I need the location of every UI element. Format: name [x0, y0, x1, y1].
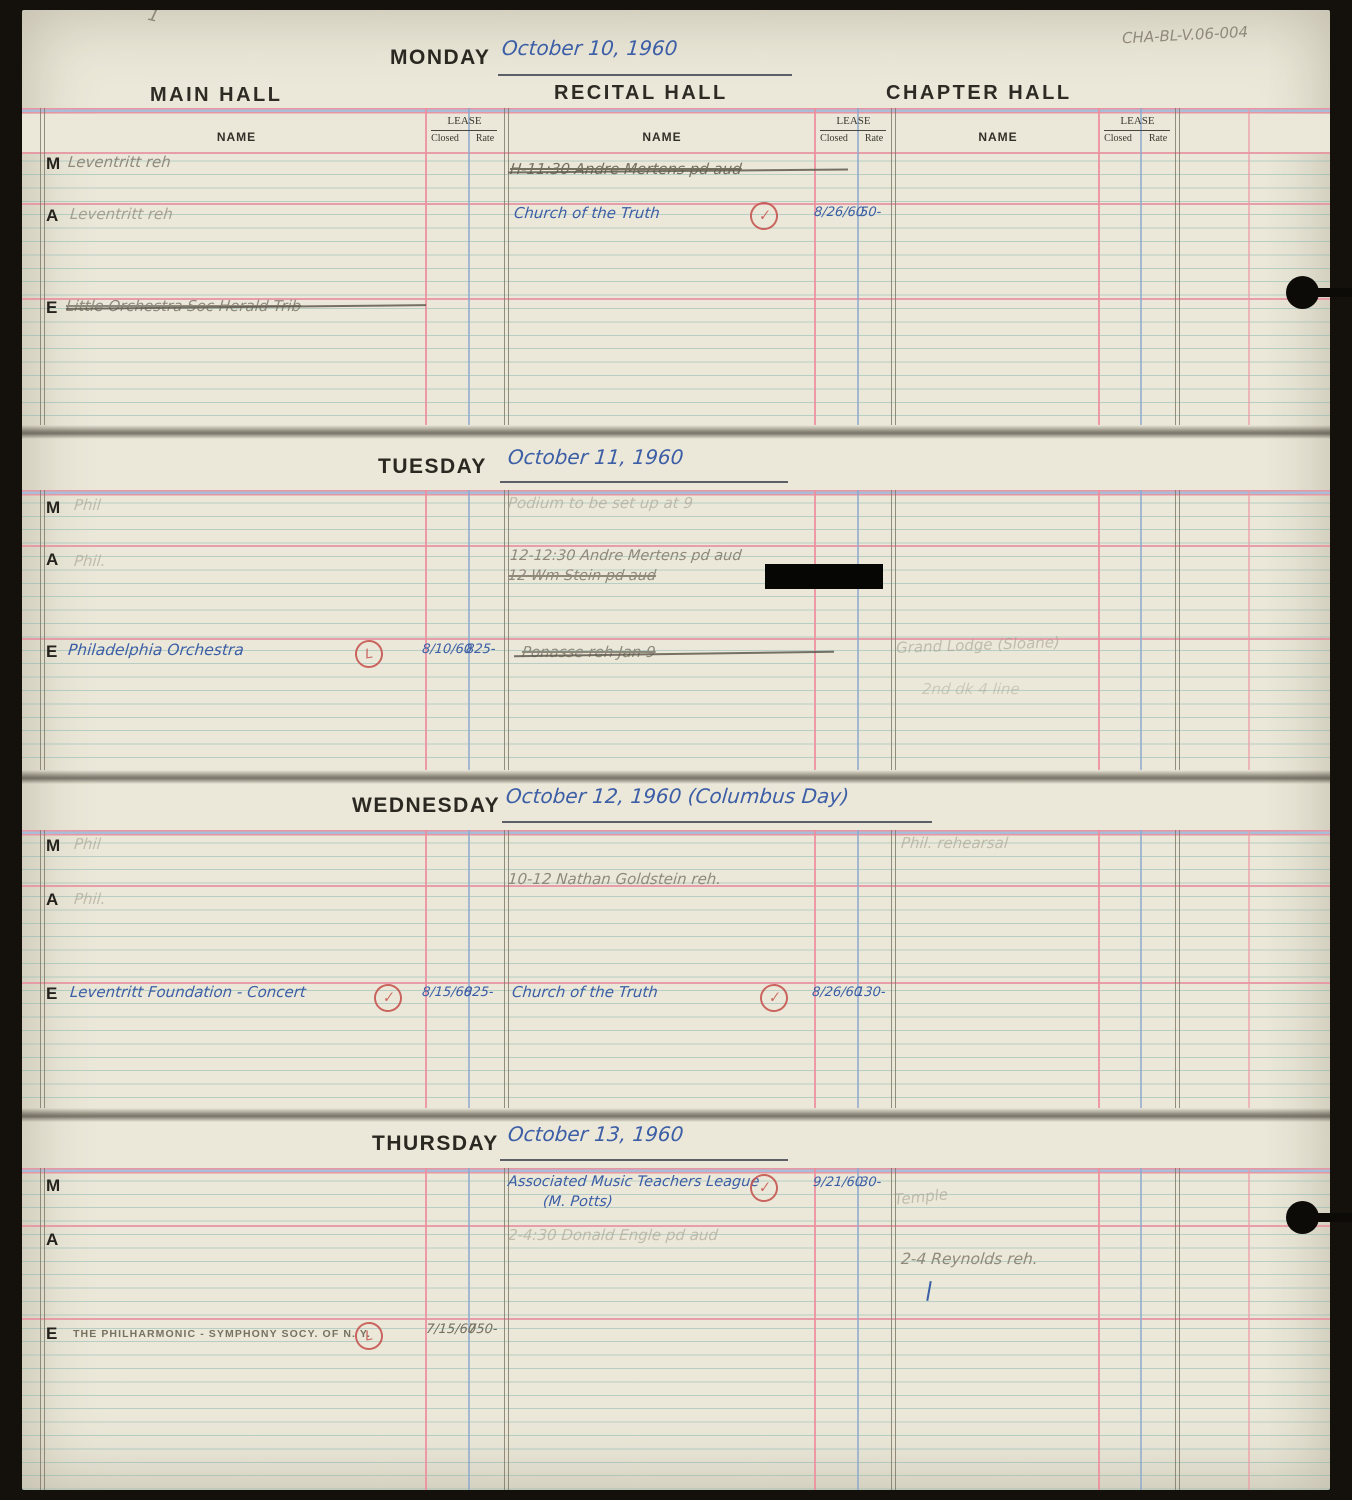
date-monday: October 10, 1960	[501, 36, 679, 60]
row-label-afternoon: A	[46, 550, 58, 570]
entry-chapter-morning: Phil. rehearsal	[900, 834, 1009, 852]
entry-chapter-morning: Temple	[893, 1185, 949, 1209]
grid-vline	[1175, 830, 1176, 1108]
section-border	[22, 108, 1330, 114]
entry-recital-evening-struck: Ponasse reh Jan 9	[521, 643, 656, 661]
entry-main-morning: Leventritt reh	[67, 153, 171, 171]
lease-rate-value: 825-	[463, 985, 494, 1000]
hall-title-recital: RECITAL HALL	[554, 82, 728, 105]
grid-vline	[1248, 108, 1250, 425]
grid-vline	[814, 1168, 816, 1490]
row-label-morning: M	[46, 498, 60, 518]
closed-header: Closed	[423, 133, 467, 144]
section-tuesday: M A E Phil Phil. Podium to be set up at …	[22, 490, 1330, 770]
row-label-evening: E	[46, 642, 57, 662]
entry-main-morning: Phil	[73, 496, 101, 514]
date-wednesday: October 12, 1960 (Columbus Day)	[505, 784, 850, 808]
row-label-morning: M	[46, 154, 60, 174]
entry-main-afternoon: Phil.	[73, 890, 106, 908]
grid-vline	[857, 490, 859, 770]
date-underline	[500, 481, 788, 483]
day-label-thursday: THURSDAY	[372, 1132, 499, 1156]
row-label-afternoon: A	[46, 890, 58, 910]
grid-vline	[891, 108, 892, 425]
day-label-wednesday: WEDNESDAY	[352, 794, 500, 818]
lease-rate-value: 130-	[855, 985, 886, 1000]
grid-vline	[1175, 490, 1176, 770]
grid-hline	[22, 1318, 1330, 1320]
grid-vline	[891, 490, 892, 770]
row-label-morning: M	[46, 1176, 60, 1196]
grid-vline	[468, 830, 470, 1108]
grid-vline	[40, 1168, 41, 1490]
grid-vline	[468, 108, 470, 425]
lease-header: LEASE	[1098, 115, 1177, 127]
entry-main-evening: Leventritt Foundation - Concert	[69, 983, 306, 1001]
section-gap	[22, 1108, 1330, 1122]
grid-vline	[425, 108, 427, 425]
grid-vline	[1248, 830, 1250, 1108]
row-label-evening: E	[46, 298, 57, 318]
lease-rate-value: 825-	[465, 642, 496, 657]
lease-closed-value: 9/21/60	[812, 1175, 863, 1190]
entry-chapter-evening-line1: Grand Lodge (Sloane)	[896, 633, 1060, 657]
entry-recital-morning: 10-12 Nathan Goldstein reh.	[507, 870, 722, 888]
entry-recital-afternoon: Church of the Truth	[513, 204, 660, 222]
entry-recital-afternoon-line2-struck: 12 Wm Stein pd aud	[507, 568, 656, 584]
row-label-evening: E	[46, 1324, 57, 1344]
grid-vline	[425, 490, 427, 770]
date-underline	[500, 1159, 788, 1161]
lease-header: LEASE	[425, 115, 504, 127]
section-border	[22, 830, 1330, 836]
grid-vline	[504, 108, 505, 425]
grid-vline	[1140, 490, 1142, 770]
checkmark-circle: ✓	[758, 982, 790, 1014]
lease-circle-L: L	[353, 1320, 385, 1352]
grid-vline	[40, 108, 41, 425]
lease-rate-value: 30-	[859, 1175, 882, 1190]
rate-header: Rate	[1138, 133, 1178, 144]
date-tuesday: October 11, 1960	[507, 445, 685, 469]
grid-vline	[468, 490, 470, 770]
entry-recital-afternoon: 2-4:30 Donald Engle pd aud	[507, 1226, 719, 1244]
grid-vline	[425, 830, 427, 1108]
hall-title-chapter: CHAPTER HALL	[886, 82, 1072, 105]
grid-vline	[504, 1168, 505, 1490]
section-thursday: M A E Associated Music Teachers League ✓…	[22, 1168, 1330, 1490]
grid-vline	[814, 108, 816, 425]
entry-chapter-evening-line2: 2nd dk 4 line	[921, 680, 1020, 698]
name-header-main: NAME	[48, 130, 425, 144]
hall-title-main: MAIN HALL	[150, 84, 282, 107]
grid-vline	[40, 490, 41, 770]
grid-vline	[1175, 1168, 1176, 1490]
grid-hline	[22, 152, 1330, 154]
grid-vline	[1098, 830, 1100, 1108]
grid-vline	[1098, 108, 1100, 425]
grid-vline	[814, 490, 816, 770]
catalog-number: CHA-BL-V.06-004	[1122, 23, 1249, 48]
grid-vline	[1140, 1168, 1142, 1490]
grid-vline	[40, 830, 41, 1108]
grid-vline	[1140, 108, 1142, 425]
entry-main-evening: Philadelphia Orchestra	[67, 641, 244, 659]
grid-hline	[22, 545, 1330, 547]
redaction-box	[765, 564, 883, 589]
lease-header: LEASE	[814, 115, 893, 127]
entry-recital-morning: Podium to be set up at 9	[507, 494, 694, 512]
closed-header: Closed	[812, 133, 856, 144]
row-label-evening: E	[46, 984, 57, 1004]
ledger-paper: 1 CHA-BL-V.06-004 MONDAY October 10, 196…	[22, 10, 1330, 1490]
grid-hline	[22, 203, 1330, 205]
grid-vline	[1098, 490, 1100, 770]
grid-vline	[857, 108, 859, 425]
lease-circle-L: L	[353, 638, 385, 670]
closed-header: Closed	[1096, 133, 1140, 144]
checkmark-circle: ✓	[372, 982, 404, 1014]
name-header-recital: NAME	[510, 130, 814, 144]
lease-underline	[431, 130, 497, 131]
rate-header: Rate	[854, 133, 894, 144]
section-gap	[22, 770, 1330, 784]
section-monday: NAME NAME NAME LEASE Closed Rate LEASE C…	[22, 108, 1330, 425]
row-label-afternoon: A	[46, 1230, 58, 1250]
grid-vline	[891, 830, 892, 1108]
grid-vline	[1098, 1168, 1100, 1490]
lease-underline	[1104, 130, 1170, 131]
entry-main-afternoon: Phil.	[73, 552, 106, 570]
entry-chapter-afternoon: 2-4 Reynolds reh.	[900, 1250, 1038, 1268]
grid-vline	[1248, 490, 1250, 770]
date-underline	[502, 821, 932, 823]
section-gap	[22, 425, 1330, 439]
day-label-monday: MONDAY	[390, 46, 490, 70]
day-label-tuesday: TUESDAY	[378, 455, 487, 479]
entry-recital-morning-line1: Associated Music Teachers League	[507, 1174, 760, 1190]
entry-recital-morning-line2: (M. Potts)	[542, 1194, 613, 1210]
grid-vline	[1175, 108, 1176, 425]
entry-main-evening-stamp: THE PHILHARMONIC - SYMPHONY SOCY. OF N. …	[73, 1328, 371, 1340]
scanned-page: 1 CHA-BL-V.06-004 MONDAY October 10, 196…	[0, 0, 1352, 1500]
section-wednesday: M A E Phil Phil. rehearsal 10-12 Nathan …	[22, 830, 1330, 1108]
date-thursday: October 13, 1960	[507, 1122, 685, 1146]
grid-vline	[857, 1168, 859, 1490]
entry-main-afternoon: Leventritt reh	[69, 205, 173, 223]
grid-vline	[1140, 830, 1142, 1108]
date-underline	[498, 74, 792, 76]
lease-rate-value: 750-	[467, 1322, 498, 1337]
entry-recital-afternoon-line1: 12-12:30 Andre Mertens pd aud	[509, 548, 742, 564]
grid-vline	[1248, 1168, 1250, 1490]
grid-vline	[891, 1168, 892, 1490]
page-mark: 1	[146, 10, 161, 27]
entry-main-morning: Phil	[73, 835, 101, 853]
ink-tick-mark	[926, 1281, 931, 1301]
row-label-morning: M	[46, 836, 60, 856]
lease-closed-value: 8/26/60	[813, 205, 864, 220]
lease-rate-value: 50-	[859, 205, 882, 220]
punch-hole-stub	[1300, 1213, 1352, 1222]
grid-vline	[857, 830, 859, 1108]
row-label-afternoon: A	[46, 206, 58, 226]
lease-underline	[820, 130, 886, 131]
grid-vline	[814, 830, 816, 1108]
punch-hole-stub	[1300, 288, 1352, 297]
grid-hline	[22, 638, 1330, 640]
rate-header: Rate	[465, 133, 505, 144]
grid-vline	[504, 490, 505, 770]
grid-vline	[504, 830, 505, 1108]
entry-recital-evening: Church of the Truth	[511, 983, 658, 1001]
name-header-chapter: NAME	[898, 130, 1098, 144]
